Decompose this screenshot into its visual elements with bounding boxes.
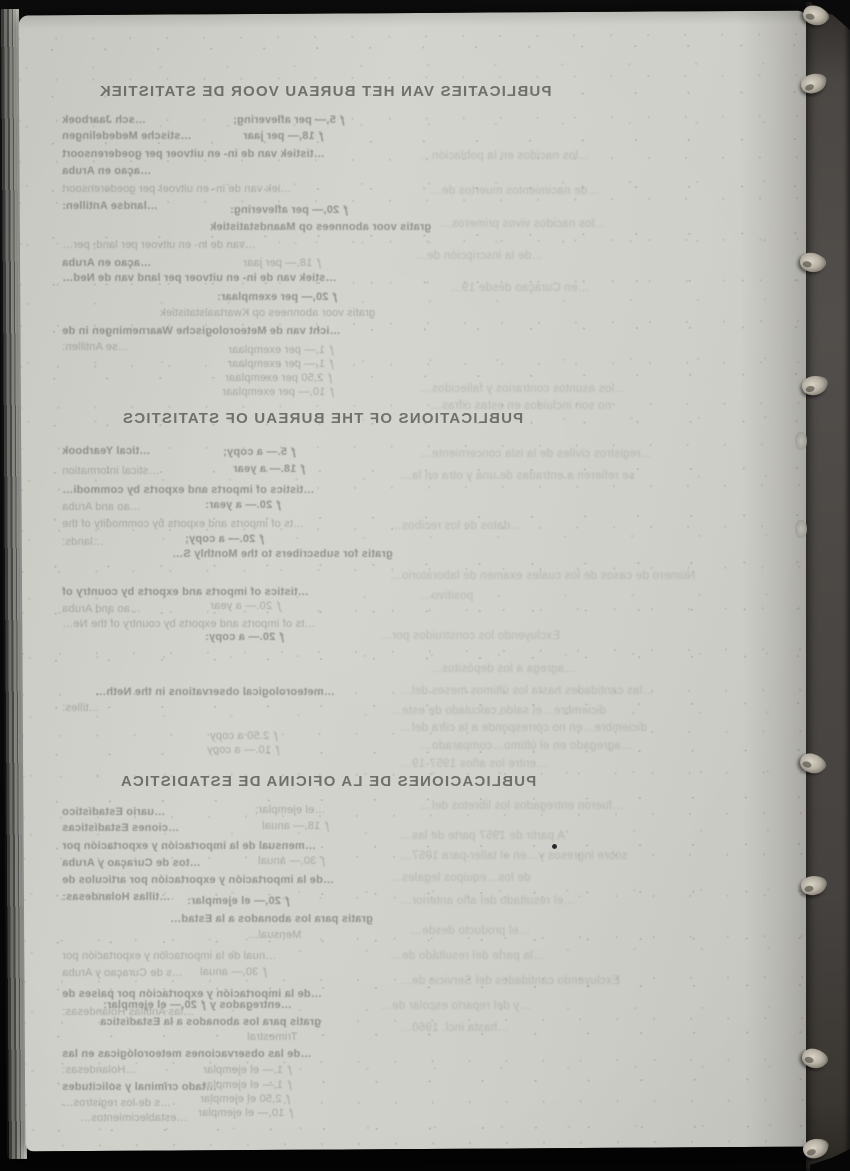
ghost-line: ƒ 20.— a year: <box>205 499 282 511</box>
ghost-line: ƒ 1,— el ejemplar <box>203 1064 293 1076</box>
ghost-line: …tado criminal y solicitudes <box>62 1081 217 1093</box>
ghost-line: gratis para los abonados a la Estad… <box>170 913 373 925</box>
scanned-book-photo: PUBLICATIES VAN HET BUREAU VOOR DE STATI… <box>0 0 850 1171</box>
ghost-line: …agrega a los depósitos… <box>430 663 576 676</box>
ghost-line: …de las observaciones meteorológicas en … <box>62 1048 311 1060</box>
ghost-line: …meteorological observations in the Neth… <box>95 686 335 698</box>
ghost-line: gratis para los abonados a la Estadístic… <box>100 1016 321 1028</box>
ghost-line: diciembre…en no corresponde a la cifra d… <box>400 722 647 735</box>
ghost-line: Excluyendo cantidades del Servicio de… <box>400 975 620 988</box>
ghost-line: …registros civiles de la isla concernien… <box>420 448 652 461</box>
ghost-line: …y del reparto escolar de… <box>380 1000 531 1013</box>
ghost-line: …mensual de la importación y exportación… <box>62 840 316 852</box>
ghost-line: …el producto desde… <box>410 925 530 938</box>
ghost-line: …el ejemplar; <box>255 804 325 816</box>
ghost-line: gratis voor abonnees op Maandstatistiek <box>210 221 431 233</box>
ghost-line: ƒ 20.— a copy; <box>185 533 265 545</box>
ghost-line: …de nacimientos muertos de… <box>430 185 599 198</box>
ghost-line: ƒ 10,— per exemplaar <box>222 386 335 398</box>
ghost-line: ƒ 20,— el ejemplar: <box>187 895 290 907</box>
page-edge-bump <box>795 432 807 450</box>
ghost-line: …entre los años 1957-19… <box>400 758 548 771</box>
ghost-line: …establecimientos… <box>80 1112 188 1124</box>
ghost-line: ƒ 30,— anual <box>200 966 268 978</box>
ghost-line: …los asuntos contrarios y fallecidos… <box>420 383 626 396</box>
ghost-line: Trimestral <box>247 1031 297 1043</box>
ghost-heading-spanish: PUBLICACIONES DE LA OFICINA DE ESTADISTI… <box>98 774 558 791</box>
ghost-line: …tistiek van de in- en uitvoer per goede… <box>62 148 325 160</box>
ghost-line: Número de casos de los cuales examen de … <box>390 570 695 583</box>
ghost-line: …en Curaçao desde 19… <box>450 282 589 295</box>
ghost-line: …entregados y ƒ 20,— el ejemplar: <box>103 999 292 1011</box>
ghost-line: …nual de la importación y exportación po… <box>62 950 276 962</box>
ghost-line: Mensual… <box>247 929 301 941</box>
ghost-line: …datos de los recibos… <box>390 520 522 533</box>
ghost-line: ƒ 5,— per aflevering; <box>233 114 345 126</box>
ghost-line: gratis for subscribers to the Monthly S… <box>172 548 393 560</box>
ghost-line: ƒ 1,— el ejemplar <box>203 1079 293 1091</box>
ghost-line: …los nacidos en la población… <box>420 150 590 163</box>
ink-speck <box>552 844 557 849</box>
ghost-line: ƒ 20.— a copy: <box>205 631 285 643</box>
ghost-line: …tos de Curaçao y Aruba <box>62 857 201 869</box>
ghost-line: ƒ 18,— per jaar <box>243 257 322 269</box>
ghost-line: …stische Mededelingen <box>62 130 192 142</box>
ghost-line: …icht van de Meteorologische Waarneminge… <box>62 325 341 337</box>
ghost-line: ƒ 2,50 per exemplaar <box>225 372 333 384</box>
ghost-line: …s de los registros… <box>62 1097 171 1109</box>
ghost-line: …agregado en el último…comparado… <box>420 740 633 753</box>
ghost-line: …los nacidos vivos primeros… <box>440 218 606 231</box>
ghost-line: ƒ 1,— per exemplaar <box>228 358 335 370</box>
ghost-heading-english: PUBLICATIONS OF THE BUREAU OF STATISTICS <box>95 411 550 428</box>
ghost-line: ƒ 18,— per jaar <box>243 130 324 142</box>
ghost-line: ƒ 20,— per aflevering: <box>230 204 349 216</box>
ghost-line: …las cantidades hasta los últimos meses … <box>400 685 654 698</box>
ghost-line: …iek van de in- en uitvoer per goederens… <box>62 183 292 195</box>
ghost-line: se refieren a entradas de una y otra en … <box>400 470 635 483</box>
ghost-line: ƒ 20,— per exemplaar: <box>217 291 338 303</box>
ghost-line: …s de Curaçao y Aruba <box>62 967 183 979</box>
ghost-line: …tilles: <box>62 702 100 714</box>
page-edge-bump <box>795 520 807 538</box>
ghost-line: …Holandesas: <box>62 1064 137 1076</box>
ghost-line: …ts of imports and exports by commodity … <box>62 518 304 530</box>
ghost-line: …açao en Aruba <box>62 165 151 177</box>
ghost-line: …tistics of imports and exports by count… <box>62 586 309 598</box>
ghost-line: positivo… <box>420 590 473 603</box>
ghost-line: …el resultado del año anterior… <box>400 895 575 908</box>
ghost-line: …ciones Estadísticas <box>62 822 179 834</box>
ghost-line: ƒ 10,— el ejemplar <box>198 1107 294 1119</box>
ghost-line: …ts of imports and exports by country of… <box>62 618 316 630</box>
ghost-line: ƒ 2.50 a copy <box>210 730 279 742</box>
ghost-line: de los…equipos legales… <box>390 872 531 885</box>
ghost-line: ƒ 30,— anual <box>258 855 326 867</box>
ghost-line: …hasta incl. 1960… <box>400 1022 509 1035</box>
ghost-line: …se Antillen: <box>62 341 129 353</box>
ghost-line: ƒ 5.— a copy; <box>223 446 297 458</box>
ghost-line: ƒ 2,50 el ejemplar <box>200 1093 291 1105</box>
ghost-line: …ao and Aruba <box>62 501 141 513</box>
ghost-text-layer: PUBLICATIES VAN HET BUREAU VOOR DE STATI… <box>0 0 850 1171</box>
ghost-line: …la parte del resultado de… <box>390 950 545 963</box>
ghost-line: …tical Yearbook <box>62 445 150 457</box>
ghost-line: ƒ 18.— a year <box>233 463 306 475</box>
ghost-line: diciembre…el saldo calculado de este… <box>390 705 606 718</box>
ghost-line: …tistics of imports and exports by commo… <box>62 484 314 496</box>
ghost-heading-dutch: PUBLICATIES VAN HET BUREAU VOOR DE STATI… <box>85 84 565 101</box>
ghost-line: …van de in- en uitvoer per land, per… <box>62 239 256 251</box>
ghost-line: …sch Jaarboek <box>62 114 146 126</box>
ghost-line: gratis voor abonnees op Kwartaalstatisti… <box>160 307 375 319</box>
ghost-line: …uario Estadístico <box>62 806 165 818</box>
ghost-line: ƒ 20.— a year <box>210 600 282 612</box>
ghost-line: …de la inscripción de… <box>415 250 543 263</box>
ghost-line: sobre ingresos y…en el taller para 1957… <box>400 850 627 863</box>
ghost-line: A partir de 1957 parte de las… <box>400 830 565 843</box>
ghost-line: …stical information <box>62 465 159 477</box>
ghost-line: …lands: <box>62 536 104 548</box>
ghost-line: …fueron entregados los libretos del… <box>420 800 624 813</box>
ghost-line: ƒ 1,— per exemplaar <box>228 344 335 356</box>
ghost-line: ƒ 18,— anual <box>262 820 330 832</box>
ghost-line: Excluyendo los construidos por… <box>380 630 560 643</box>
ghost-line: …açao en Aruba <box>62 257 151 269</box>
ghost-line: …stiek van de in- en uitvoer per land va… <box>62 272 336 284</box>
ghost-line: …de la importación y exportación por art… <box>62 874 334 886</box>
ghost-line: …landse Antillen: <box>62 200 158 212</box>
ghost-line: …tillas Holandesas: <box>62 891 170 903</box>
ghost-line: …ao and Aruba <box>62 603 141 615</box>
ghost-line: ƒ 10.— a copy <box>207 744 281 756</box>
